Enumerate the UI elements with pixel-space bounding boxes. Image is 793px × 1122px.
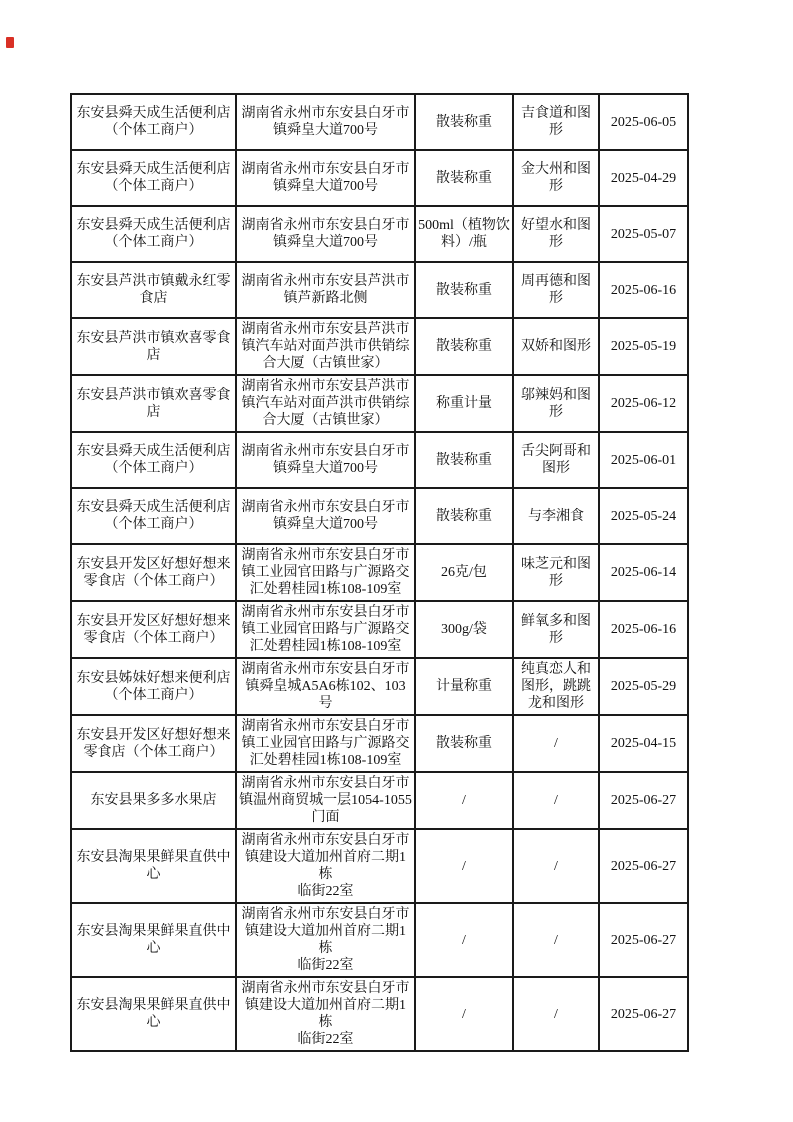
- address-cell: 湖南省永州市东安县白牙市 镇舜皇城A5A6栋102、103号: [236, 658, 415, 715]
- trademark-cell: 金大州和图 形: [513, 150, 599, 206]
- spec-cell: 散装称重: [415, 94, 513, 150]
- date-cell: 2025-06-27: [599, 829, 688, 903]
- address-cell: 湖南省永州市东安县白牙市 镇舜皇大道700号: [236, 488, 415, 544]
- trademark-cell: 舌尖阿哥和 图形: [513, 432, 599, 488]
- table-row: 东安县开发区好想好想来 零食店（个体工商户）湖南省永州市东安县白牙市 镇工业园官…: [71, 715, 688, 772]
- date-cell: 2025-05-29: [599, 658, 688, 715]
- table-row: 东安县舜天成生活便利店 （个体工商户）湖南省永州市东安县白牙市 镇舜皇大道700…: [71, 94, 688, 150]
- date-cell: 2025-06-27: [599, 772, 688, 829]
- address-cell: 湖南省永州市东安县白牙市 镇建设大道加州首府二期1栋 临街22室: [236, 829, 415, 903]
- table-row: 东安县淘果果鲜果直供中 心湖南省永州市东安县白牙市 镇建设大道加州首府二期1栋 …: [71, 903, 688, 977]
- date-cell: 2025-04-15: [599, 715, 688, 772]
- address-cell: 湖南省永州市东安县白牙市 镇温州商贸城一层1054-1055 门面: [236, 772, 415, 829]
- date-cell: 2025-06-14: [599, 544, 688, 601]
- name-cell: 东安县芦洪市镇欢喜零食 店: [71, 318, 236, 375]
- date-cell: 2025-06-27: [599, 903, 688, 977]
- date-cell: 2025-05-07: [599, 206, 688, 262]
- name-cell: 东安县开发区好想好想来 零食店（个体工商户）: [71, 715, 236, 772]
- address-cell: 湖南省永州市东安县芦洪市 镇汽车站对面芦洪市供销综 合大厦（古镇世家）: [236, 375, 415, 432]
- spec-cell: /: [415, 772, 513, 829]
- spec-cell: 计量称重: [415, 658, 513, 715]
- date-cell: 2025-06-12: [599, 375, 688, 432]
- spec-cell: 26克/包: [415, 544, 513, 601]
- date-cell: 2025-04-29: [599, 150, 688, 206]
- name-cell: 东安县舜天成生活便利店 （个体工商户）: [71, 432, 236, 488]
- name-cell: 东安县舜天成生活便利店 （个体工商户）: [71, 206, 236, 262]
- trademark-cell: 纯真恋人和 图形，跳跳 龙和图形: [513, 658, 599, 715]
- table-row: 东安县果多多水果店湖南省永州市东安县白牙市 镇温州商贸城一层1054-1055 …: [71, 772, 688, 829]
- spec-cell: 300g/袋: [415, 601, 513, 658]
- address-cell: 湖南省永州市东安县芦洪市 镇芦新路北侧: [236, 262, 415, 318]
- trademark-cell: /: [513, 829, 599, 903]
- spec-cell: 500ml（植物饮 料）/瓶: [415, 206, 513, 262]
- address-cell: 湖南省永州市东安县芦洪市 镇汽车站对面芦洪市供销综 合大厦（古镇世家）: [236, 318, 415, 375]
- spec-cell: 散装称重: [415, 262, 513, 318]
- date-cell: 2025-06-05: [599, 94, 688, 150]
- name-cell: 东安县芦洪市镇戴永红零 食店: [71, 262, 236, 318]
- name-cell: 东安县芦洪市镇欢喜零食 店: [71, 375, 236, 432]
- name-cell: 东安县淘果果鲜果直供中 心: [71, 977, 236, 1051]
- records-table: 东安县舜天成生活便利店 （个体工商户）湖南省永州市东安县白牙市 镇舜皇大道700…: [70, 93, 689, 1052]
- trademark-cell: /: [513, 715, 599, 772]
- trademark-cell: 吉食道和图 形: [513, 94, 599, 150]
- table-row: 东安县淘果果鲜果直供中 心湖南省永州市东安县白牙市 镇建设大道加州首府二期1栋 …: [71, 829, 688, 903]
- name-cell: 东安县淘果果鲜果直供中 心: [71, 829, 236, 903]
- trademark-cell: /: [513, 772, 599, 829]
- table-row: 东安县舜天成生活便利店 （个体工商户）湖南省永州市东安县白牙市 镇舜皇大道700…: [71, 206, 688, 262]
- spec-cell: 散装称重: [415, 715, 513, 772]
- name-cell: 东安县舜天成生活便利店 （个体工商户）: [71, 94, 236, 150]
- trademark-cell: /: [513, 977, 599, 1051]
- name-cell: 东安县姊妹好想来便利店 （个体工商户）: [71, 658, 236, 715]
- table-row: 东安县开发区好想好想来 零食店（个体工商户）湖南省永州市东安县白牙市 镇工业园官…: [71, 601, 688, 658]
- address-cell: 湖南省永州市东安县白牙市 镇工业园官田路与广源路交 汇处碧桂园1栋108-109…: [236, 715, 415, 772]
- table-row: 东安县舜天成生活便利店 （个体工商户）湖南省永州市东安县白牙市 镇舜皇大道700…: [71, 432, 688, 488]
- date-cell: 2025-06-27: [599, 977, 688, 1051]
- address-cell: 湖南省永州市东安县白牙市 镇舜皇大道700号: [236, 432, 415, 488]
- address-cell: 湖南省永州市东安县白牙市 镇舜皇大道700号: [236, 150, 415, 206]
- records-table-body: 东安县舜天成生活便利店 （个体工商户）湖南省永州市东安县白牙市 镇舜皇大道700…: [71, 94, 688, 1051]
- trademark-cell: 好望水和图 形: [513, 206, 599, 262]
- red-annotation-mark: [6, 37, 14, 48]
- spec-cell: 称重计量: [415, 375, 513, 432]
- date-cell: 2025-05-24: [599, 488, 688, 544]
- spec-cell: 散装称重: [415, 432, 513, 488]
- trademark-cell: 鲜氧多和图 形: [513, 601, 599, 658]
- address-cell: 湖南省永州市东安县白牙市 镇舜皇大道700号: [236, 94, 415, 150]
- name-cell: 东安县淘果果鲜果直供中 心: [71, 903, 236, 977]
- name-cell: 东安县果多多水果店: [71, 772, 236, 829]
- trademark-cell: 邬辣妈和图 形: [513, 375, 599, 432]
- date-cell: 2025-06-01: [599, 432, 688, 488]
- spec-cell: /: [415, 903, 513, 977]
- spec-cell: /: [415, 977, 513, 1051]
- date-cell: 2025-06-16: [599, 262, 688, 318]
- address-cell: 湖南省永州市东安县白牙市 镇建设大道加州首府二期1栋 临街22室: [236, 903, 415, 977]
- name-cell: 东安县开发区好想好想来 零食店（个体工商户）: [71, 601, 236, 658]
- name-cell: 东安县舜天成生活便利店 （个体工商户）: [71, 488, 236, 544]
- spec-cell: 散装称重: [415, 318, 513, 375]
- date-cell: 2025-05-19: [599, 318, 688, 375]
- table-row: 东安县姊妹好想来便利店 （个体工商户）湖南省永州市东安县白牙市 镇舜皇城A5A6…: [71, 658, 688, 715]
- spec-cell: /: [415, 829, 513, 903]
- trademark-cell: 周再德和图 形: [513, 262, 599, 318]
- spec-cell: 散装称重: [415, 150, 513, 206]
- trademark-cell: 味芝元和图 形: [513, 544, 599, 601]
- address-cell: 湖南省永州市东安县白牙市 镇工业园官田路与广源路交 汇处碧桂园1栋108-109…: [236, 601, 415, 658]
- address-cell: 湖南省永州市东安县白牙市 镇工业园官田路与广源路交 汇处碧桂园1栋108-109…: [236, 544, 415, 601]
- document-page: 东安县舜天成生活便利店 （个体工商户）湖南省永州市东安县白牙市 镇舜皇大道700…: [0, 0, 793, 1122]
- table-row: 东安县舜天成生活便利店 （个体工商户）湖南省永州市东安县白牙市 镇舜皇大道700…: [71, 488, 688, 544]
- table-row: 东安县舜天成生活便利店 （个体工商户）湖南省永州市东安县白牙市 镇舜皇大道700…: [71, 150, 688, 206]
- trademark-cell: /: [513, 903, 599, 977]
- table-row: 东安县芦洪市镇欢喜零食 店湖南省永州市东安县芦洪市 镇汽车站对面芦洪市供销综 合…: [71, 375, 688, 432]
- table-row: 东安县芦洪市镇戴永红零 食店湖南省永州市东安县芦洪市 镇芦新路北侧散装称重周再德…: [71, 262, 688, 318]
- trademark-cell: 与李湘食: [513, 488, 599, 544]
- address-cell: 湖南省永州市东安县白牙市 镇舜皇大道700号: [236, 206, 415, 262]
- table-row: 东安县淘果果鲜果直供中 心湖南省永州市东安县白牙市 镇建设大道加州首府二期1栋 …: [71, 977, 688, 1051]
- table-row: 东安县开发区好想好想来 零食店（个体工商户）湖南省永州市东安县白牙市 镇工业园官…: [71, 544, 688, 601]
- name-cell: 东安县开发区好想好想来 零食店（个体工商户）: [71, 544, 236, 601]
- spec-cell: 散装称重: [415, 488, 513, 544]
- date-cell: 2025-06-16: [599, 601, 688, 658]
- trademark-cell: 双娇和图形: [513, 318, 599, 375]
- address-cell: 湖南省永州市东安县白牙市 镇建设大道加州首府二期1栋 临街22室: [236, 977, 415, 1051]
- table-row: 东安县芦洪市镇欢喜零食 店湖南省永州市东安县芦洪市 镇汽车站对面芦洪市供销综 合…: [71, 318, 688, 375]
- name-cell: 东安县舜天成生活便利店 （个体工商户）: [71, 150, 236, 206]
